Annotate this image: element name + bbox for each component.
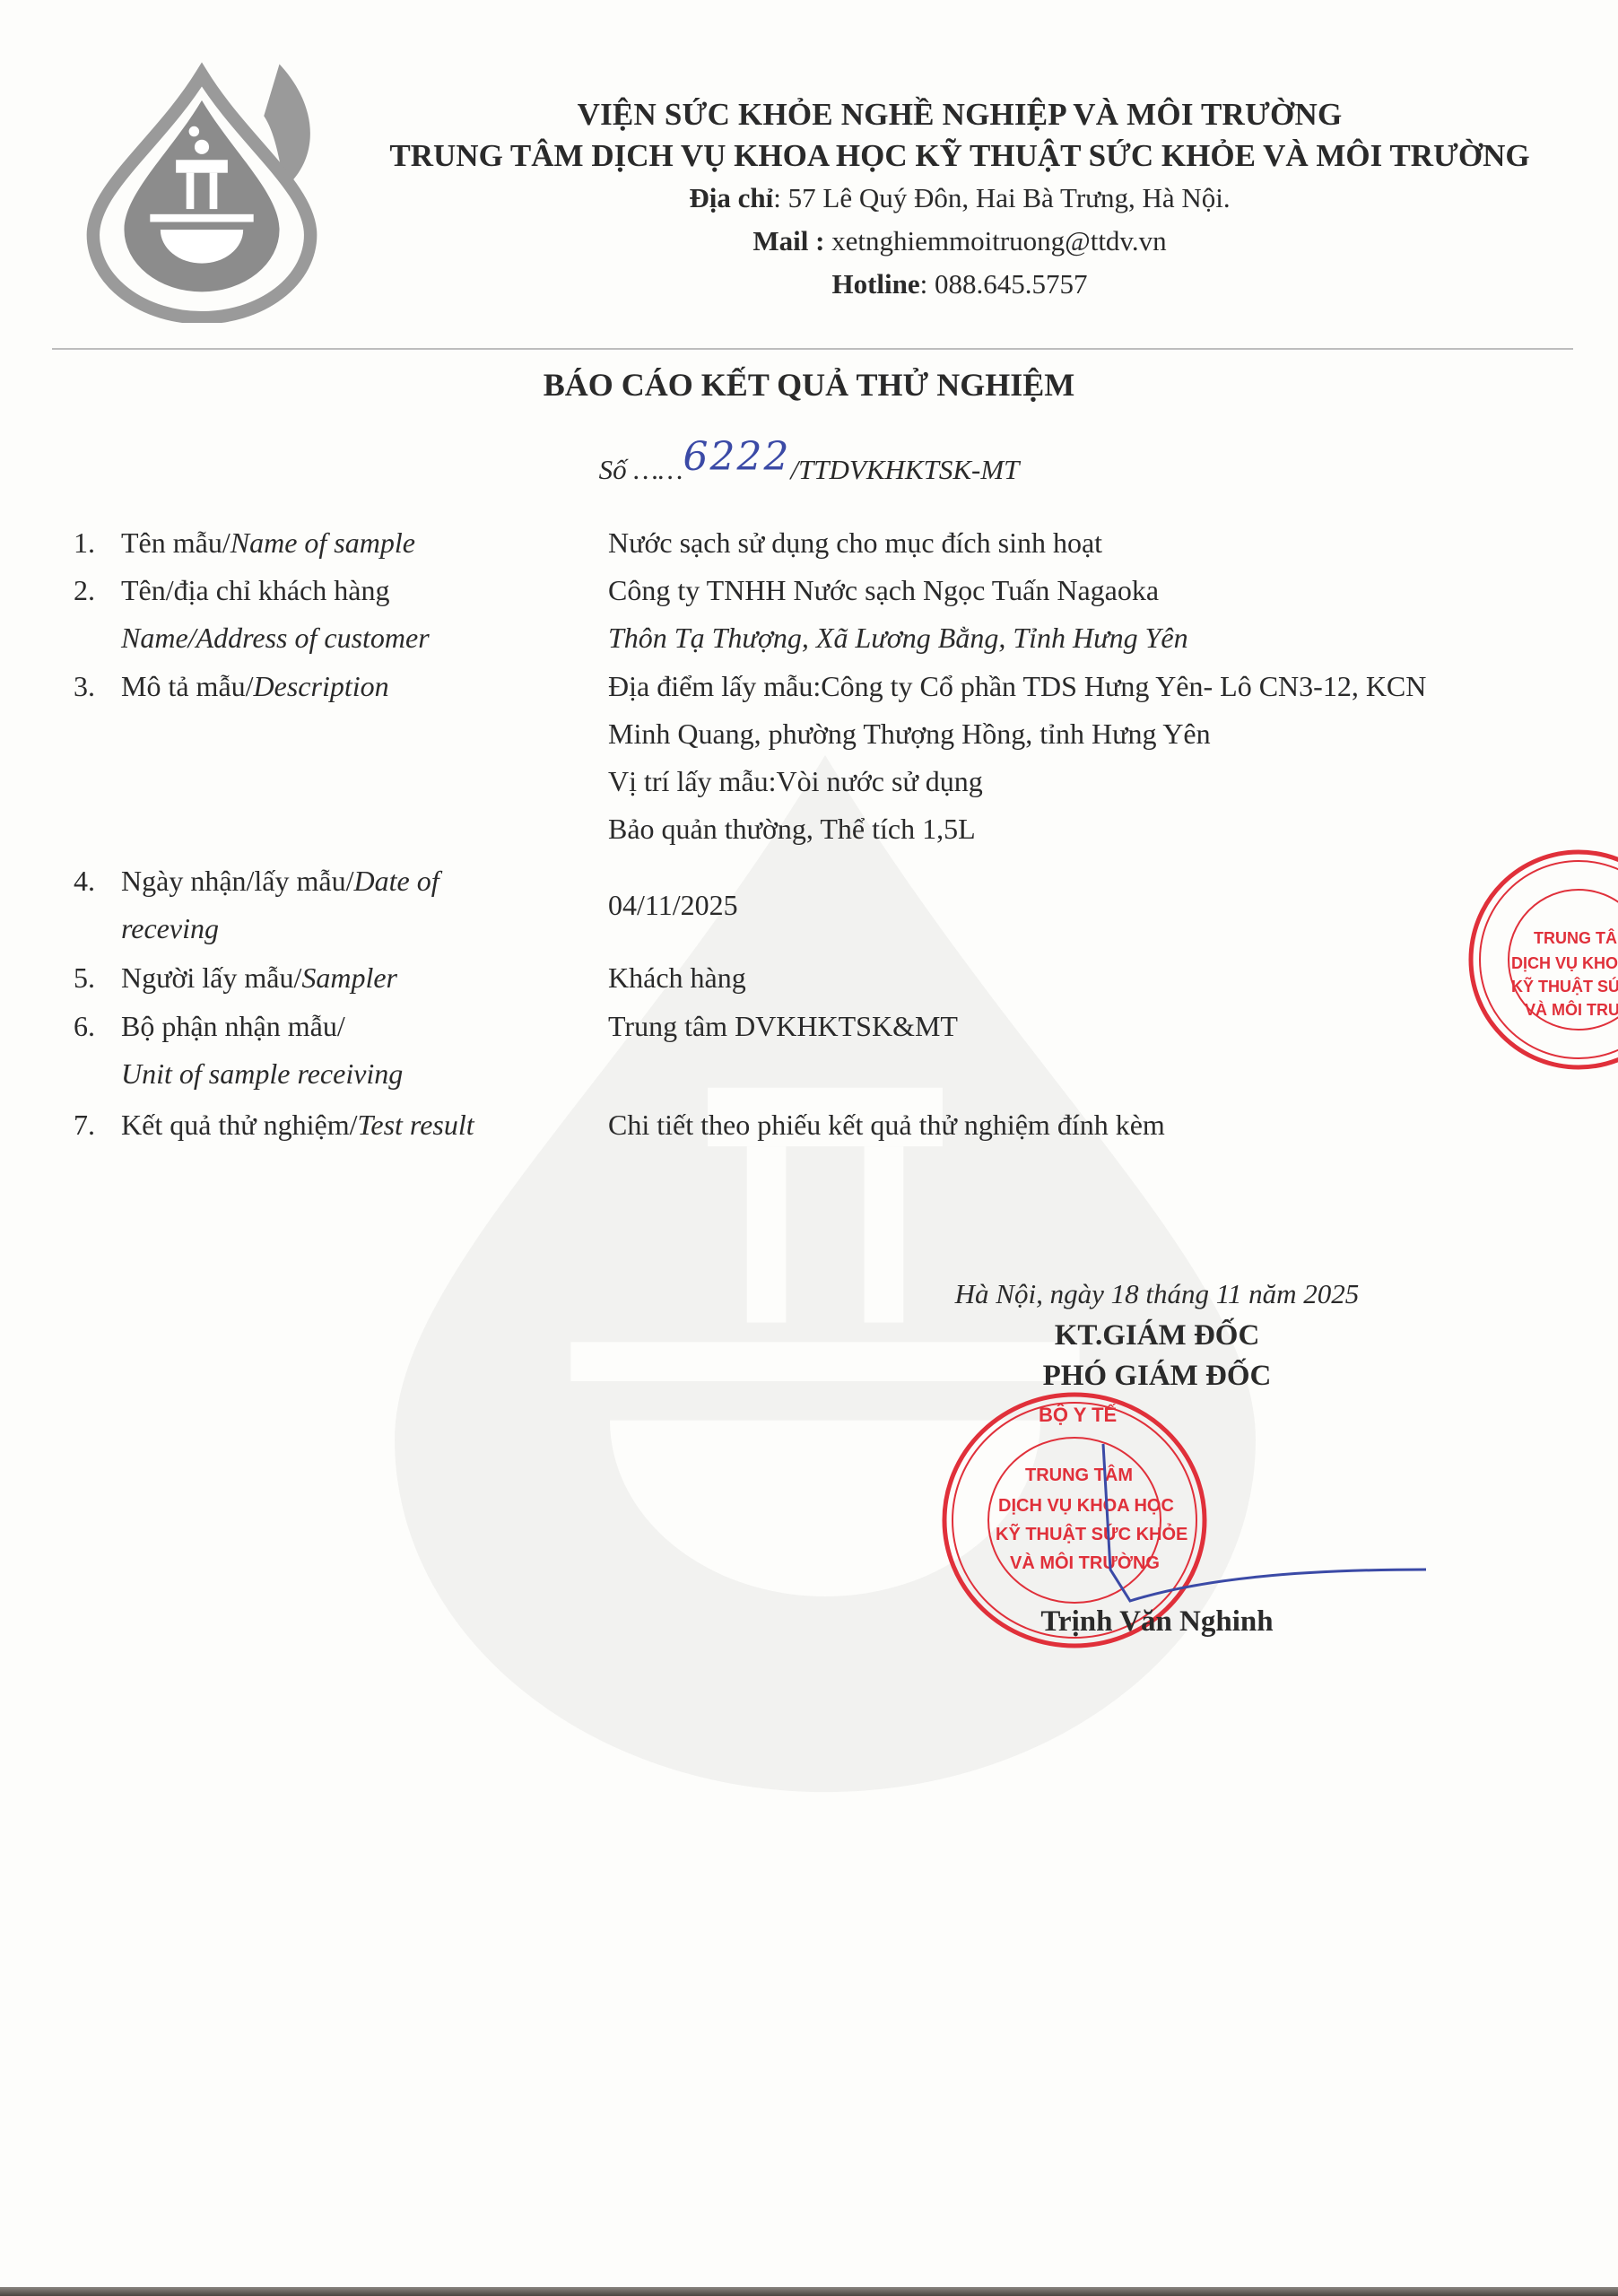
field-row-description: 3. Mô tả mẫu/Description Địa điểm lấy mẫ… <box>0 668 1618 865</box>
field-row-sampler: 5. Người lấy mẫu/Sampler Khách hàng <box>0 960 1618 996</box>
signer-position-1: KT.GIÁM ĐỐC <box>879 1319 1435 1352</box>
svg-text:VÀ MÔI TRƯỜNG: VÀ MÔI TRƯỜNG <box>1525 1000 1618 1019</box>
signature-block: Hà Nội, ngày 18 tháng 11 năm 2025 KT.GIÁ… <box>879 1278 1435 1393</box>
field-row-test-result: 7. Kết quả thử nghiệm/Test result Chi ti… <box>0 1107 1618 1143</box>
signing-date: Hà Nội, ngày 18 tháng 11 năm 2025 <box>879 1278 1435 1310</box>
institute-name: VIỆN SỨC KHỎE NGHỀ NGHIỆP VÀ MÔI TRƯỜNG <box>341 94 1579 135</box>
report-number: Số ……6222/TTDVKHKTSK-MT <box>0 443 1618 489</box>
signer-name: Trịnh Văn Nghinh <box>879 1605 1435 1639</box>
header-divider <box>52 348 1573 350</box>
svg-text:DỊCH VỤ KHOA: DỊCH VỤ KHOA <box>1511 954 1618 972</box>
hotline-line: Hotline: 088.645.5757 <box>341 263 1579 306</box>
report-title: BÁO CÁO KẾT QUẢ THỬ NGHIỆM <box>0 366 1618 404</box>
svg-text:BỘ Y TẾ: BỘ Y TẾ <box>1039 1404 1117 1426</box>
center-name: TRUNG TÂM DỊCH VỤ KHOA HỌC KỸ THUẬT SỨC … <box>341 135 1579 177</box>
svg-text:KỸ THUẬT SỨC: KỸ THUẬT SỨC <box>1511 977 1618 996</box>
letterhead: VIỆN SỨC KHỎE NGHỀ NGHIỆP VÀ MÔI TRƯỜNG … <box>341 94 1579 306</box>
scan-edge <box>0 2287 1618 2296</box>
mail-line: Mail : xetnghiemmoitruong@ttdv.vn <box>341 220 1579 263</box>
field-row-customer: 2. Tên/địa chỉ khách hàng Công ty TNHH N… <box>0 572 1618 653</box>
partial-stamp-icon: TRUNG TÂM DỊCH VỤ KHOA KỸ THUẬT SỨC VÀ M… <box>1462 843 1618 1076</box>
field-row-sample-name: 1. Tên mẫu/Name of sample Nước sạch sử d… <box>0 525 1618 561</box>
flask-water-drop-logo-icon <box>72 54 332 323</box>
pen-signature-icon <box>1076 1435 1435 1623</box>
svg-text:TRUNG TÂM: TRUNG TÂM <box>1534 928 1618 947</box>
handwritten-number: 6222 <box>683 434 790 480</box>
field-row-receive-date: 4. Ngày nhận/lấy mẫu/Date of receving 04… <box>0 863 1618 944</box>
field-row-receiving-unit: 6. Bộ phận nhận mẫu/ Trung tâm DVKHKTSK&… <box>0 1008 1618 1089</box>
address-line: Địa chỉ: 57 Lê Quý Đôn, Hai Bà Trưng, Hà… <box>341 177 1579 220</box>
